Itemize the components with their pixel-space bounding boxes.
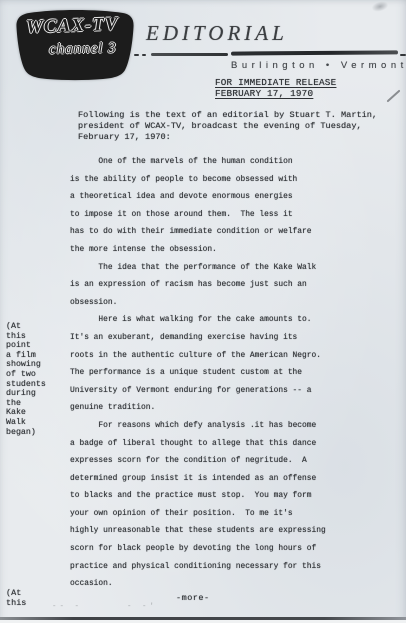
body-paragraph: The idea that the performance of the Kak…: [70, 259, 380, 312]
editorial-masthead-title: EDITORIAL: [146, 21, 288, 46]
intro-paragraph: Following is the text of an editorial by…: [78, 110, 398, 144]
masthead-rule-dash: [400, 54, 406, 56]
logo-station-text: WCAX-TV: [26, 13, 137, 39]
logo-channel-text: channel 3: [49, 40, 117, 58]
more-indicator: -more-: [176, 593, 210, 603]
release-notice-line: FOR IMMEDIATE RELEASE: [215, 77, 336, 88]
editorial-body: One of the marvels of the human conditio…: [70, 153, 380, 593]
release-date-line: FEBRUARY 17, 1970: [215, 88, 313, 99]
body-paragraph: One of the marvels of the human conditio…: [70, 153, 380, 259]
scanned-press-release-page: WCAX-TV channel 3 EDITORIAL Burlington •…: [0, 0, 406, 623]
location-line: Burlington • Vermont: [231, 60, 406, 71]
margin-film-note: (At this point a film showing of two stu…: [6, 322, 68, 437]
pencil-marks: -- - - -': [52, 603, 157, 611]
masthead-rule-segment: [231, 50, 398, 55]
masthead-rule-dash: [142, 54, 146, 56]
body-paragraph: For reasons which defy analysis .it has …: [70, 417, 380, 593]
masthead-rule-dash: [134, 54, 139, 56]
pen-slash-mark: [387, 90, 401, 103]
corner-smudge: [371, 0, 389, 13]
masthead-rule-segment: [151, 53, 228, 56]
body-paragraph: Here is what walking for the cake amount…: [70, 311, 380, 417]
